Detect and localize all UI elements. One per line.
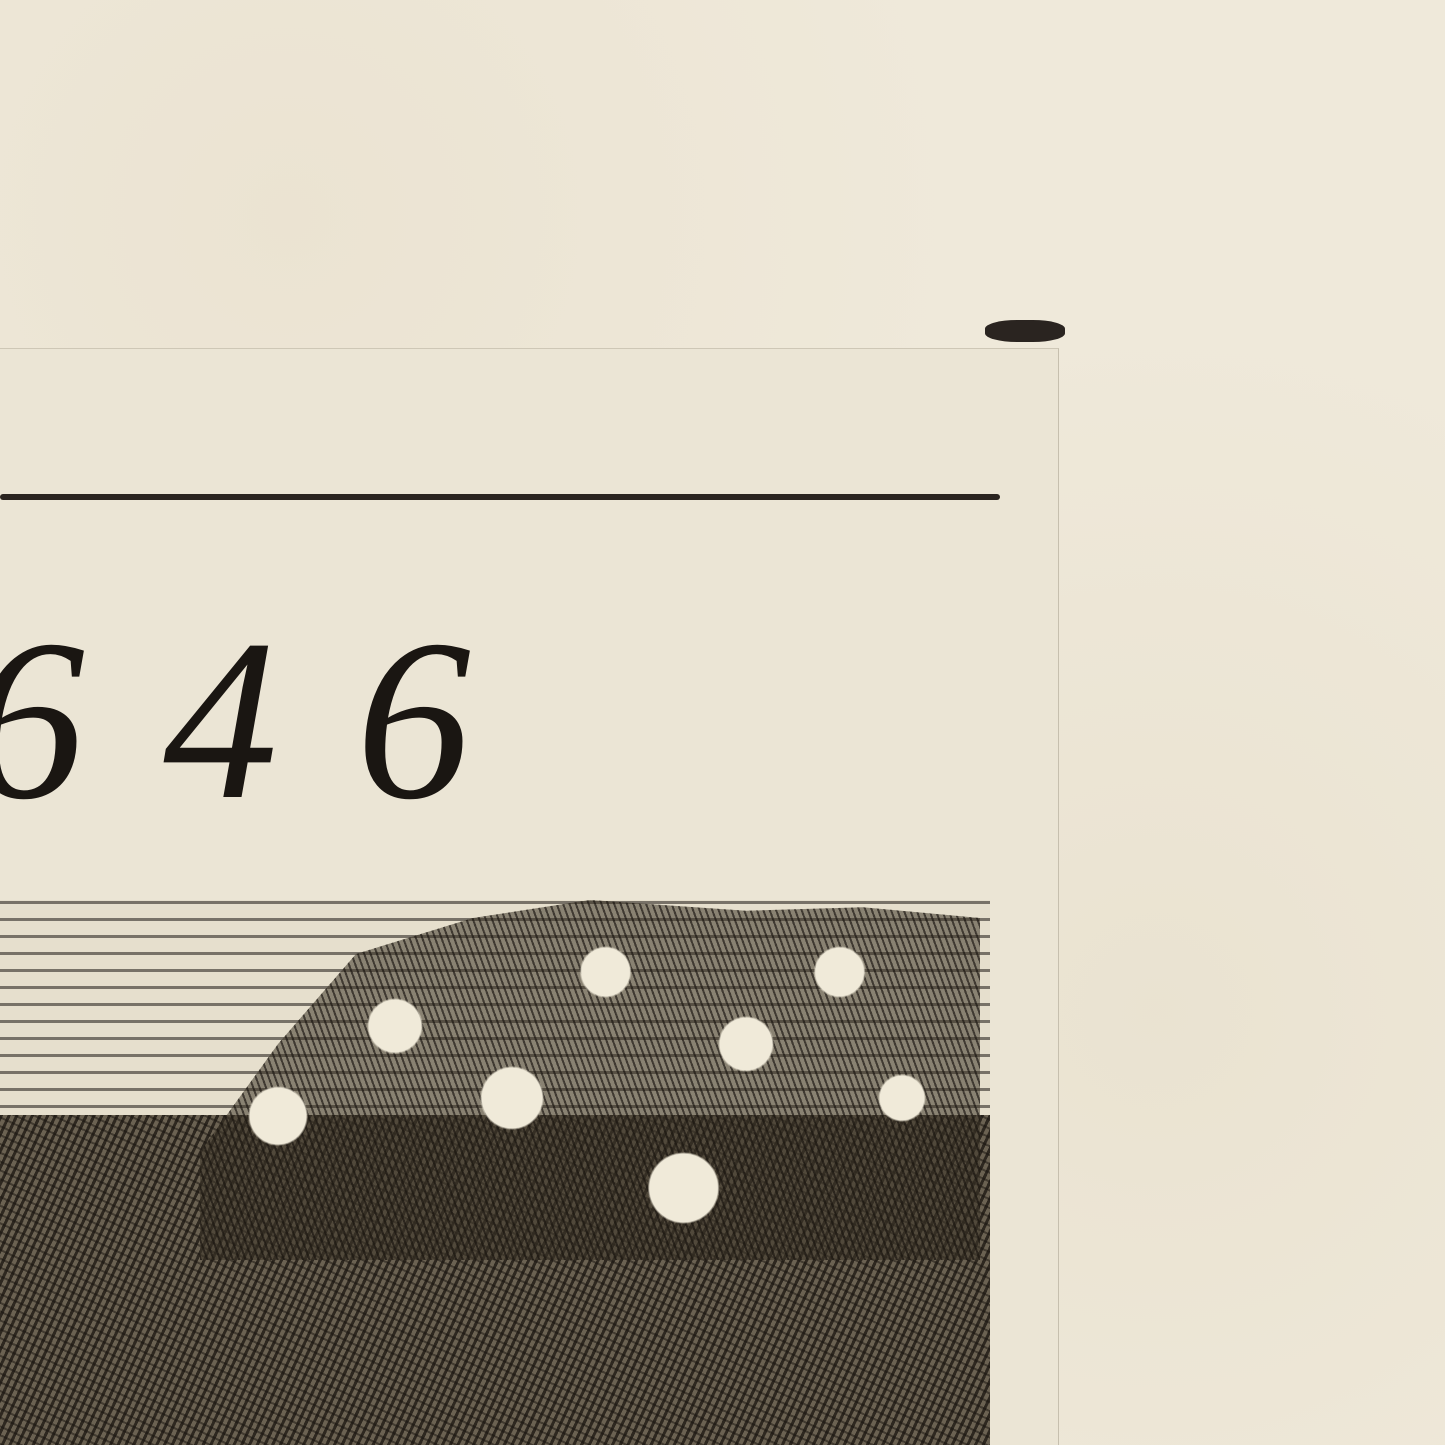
plate-border-line bbox=[0, 494, 1000, 500]
ink-blot bbox=[985, 320, 1065, 342]
foliage-shrubs bbox=[200, 900, 980, 1260]
engraved-date: 646 bbox=[0, 605, 549, 835]
landscape-scene bbox=[0, 900, 990, 1445]
